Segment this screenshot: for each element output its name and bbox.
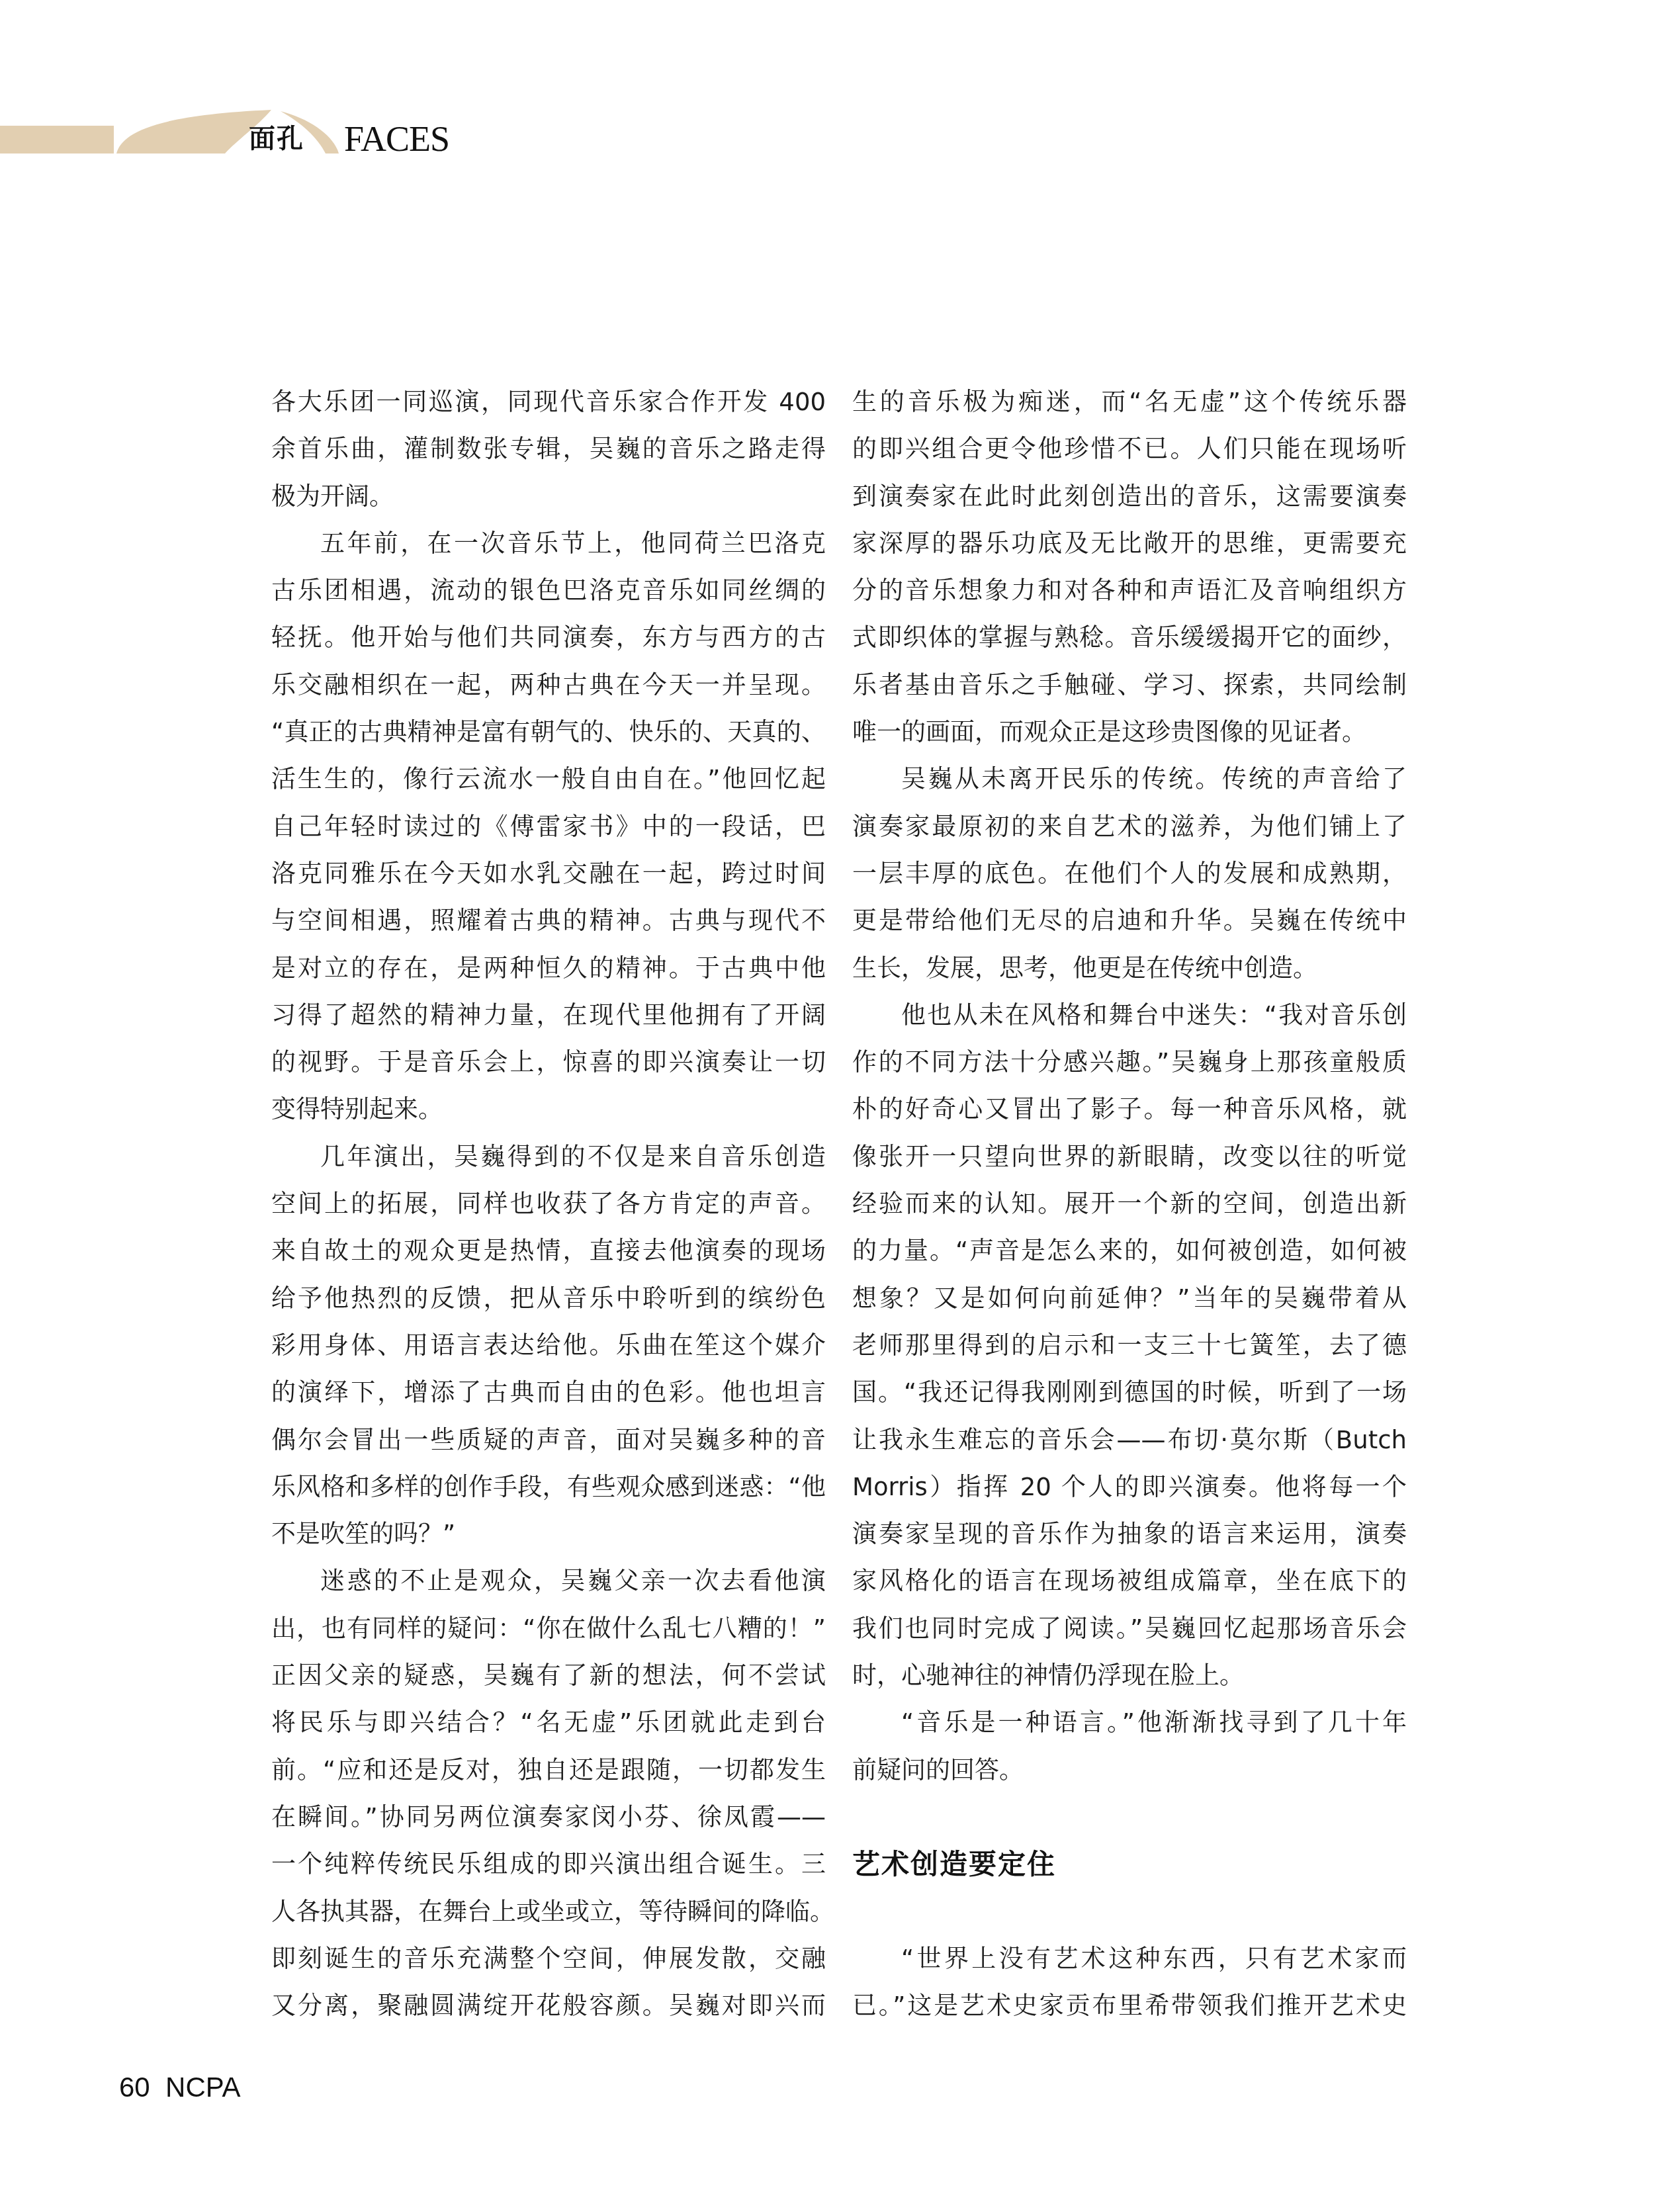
text-line: 彩用身体、用语言表达给他。乐曲在笙这个媒介 [271, 1322, 826, 1369]
text-line: Morris）指挥 20 个人的即兴演奏。他将每一个 [852, 1464, 1407, 1510]
text-line: 将民乐与即兴结合？“名无虚”乐团就此走到台 [271, 1699, 826, 1746]
text-line: 唯一的画面，而观众正是这珍贵图像的见证者。 [852, 709, 1407, 756]
text-line: 又分离，聚融圆满绽开花般容颜。吴巍对即兴而 [271, 1982, 826, 2029]
text-line: 老师那里得到的启示和一支三十七簧笙，去了德 [852, 1322, 1407, 1369]
text-line: 前。“应和还是反对，独自还是跟随，一切都发生 [271, 1747, 826, 1794]
text-line: 出，也有同样的疑问：“你在做什么乱七八糟的！” [271, 1605, 826, 1652]
text-line: 朴的好奇心又冒出了影子。每一种音乐风格，就 [852, 1086, 1407, 1133]
text-line: 极为开阔。 [271, 473, 826, 520]
paragraph-spacer [852, 1888, 1407, 1935]
section-title-chinese: 面孔 [249, 123, 304, 155]
text-line: 即刻诞生的音乐充满整个空间，伸展发散，交融 [271, 1935, 826, 1982]
text-line: 洛克同雅乐在今天如水乳交融在一起，跨过时间 [271, 850, 826, 897]
text-line: 想象？又是如何向前延伸？”当年的吴巍带着从 [852, 1275, 1407, 1322]
text-line: 各大乐团一同巡演，同现代音乐家合作开发 400 [271, 378, 826, 425]
text-line: 的演绎下，增添了古典而自由的色彩。他也坦言 [271, 1369, 826, 1416]
paragraph-start-line: 五年前，在一次音乐节上，他同荷兰巴洛克 [271, 520, 826, 567]
text-line: 在瞬间。”协同另两位演奏家闵小芬、徐凤霞—— [271, 1794, 826, 1841]
text-line: 家深厚的器乐功底及无比敞开的思维，更需要充 [852, 520, 1407, 567]
text-line: 到演奏家在此时此刻创造出的音乐，这需要演奏 [852, 473, 1407, 520]
text-line: 演奏家呈现的音乐作为抽象的语言来运用，演奏 [852, 1510, 1407, 1557]
text-line: 与空间相遇，照耀着古典的精神。古典与现代不 [271, 897, 826, 944]
page-number: 60 [119, 2072, 150, 2103]
text-line: 人各执其器，在舞台上或坐或立，等待瞬间的降临。 [271, 1888, 826, 1935]
article-column-right: 生的音乐极为痴迷，而“名无虚”这个传统乐器 的即兴组合更令他珍惜不已。人们只能在… [852, 378, 1407, 2029]
page-footer: 60 NCPA [119, 2071, 241, 2104]
text-line: 的力量。“声音是怎么来的，如何被创造，如何被 [852, 1227, 1407, 1274]
text-line: 作的不同方法十分感兴趣。”吴巍身上那孩童般质 [852, 1039, 1407, 1086]
text-line: 演奏家最原初的来自艺术的滋养，为他们铺上了 [852, 803, 1407, 850]
text-line: 轻抚。他开始与他们共同演奏，东方与西方的古 [271, 614, 826, 661]
text-line: 分的音乐想象力和对各种和声语汇及音响组织方 [852, 567, 1407, 614]
text-line: 古乐团相遇，流动的银色巴洛克音乐如同丝绸的 [271, 567, 826, 614]
text-line: 乐交融相织在一起，两种古典在今天一并呈现。 [271, 662, 826, 709]
text-line: 偶尔会冒出一些质疑的声音，面对吴巍多种的音 [271, 1417, 826, 1464]
text-line: 时，心驰神往的神情仍浮现在脸上。 [852, 1652, 1407, 1699]
paragraph-start-line: “世界上没有艺术这种东西，只有艺术家而 [852, 1935, 1407, 1982]
text-line: 乐风格和多样的创作手段，有些观众感到迷惑：“他 [271, 1464, 826, 1510]
text-line: 余首乐曲，灌制数张专辑，吴巍的音乐之路走得 [271, 425, 826, 472]
text-line: 的即兴组合更令他珍惜不已。人们只能在现场听 [852, 425, 1407, 472]
text-line: 活生生的，像行云流水一般自由自在。”他回忆起 [271, 756, 826, 803]
text-line: 一层丰厚的底色。在他们个人的发展和成熟期， [852, 850, 1407, 897]
paragraph-start-line: “音乐是一种语言。”他渐渐找寻到了几十年 [852, 1699, 1407, 1746]
text-line: 变得特别起来。 [271, 1086, 826, 1133]
text-line: 正因父亲的疑惑，吴巍有了新的想法，何不尝试 [271, 1652, 826, 1699]
text-line: 习得了超然的精神力量，在现代里他拥有了开阔 [271, 992, 826, 1039]
text-line: 乐者基由音乐之手触碰、学习、探索，共同绘制 [852, 662, 1407, 709]
text-line: 给予他热烈的反馈，把从音乐中聆听到的缤纷色 [271, 1275, 826, 1322]
paragraph-spacer [852, 1794, 1407, 1841]
section-heading: 艺术创造要定住 [852, 1841, 1407, 1888]
text-line: 我们也同时完成了阅读。”吴巍回忆起那场音乐会 [852, 1605, 1407, 1652]
text-line: 自己年轻时读过的《傅雷家书》中的一段话，巴 [271, 803, 826, 850]
text-line: “真正的古典精神是富有朝气的、快乐的、天真的、 [271, 709, 826, 756]
text-line: 前疑问的回答。 [852, 1747, 1407, 1794]
paragraph-start-line: 几年演出，吴巍得到的不仅是来自音乐创造 [271, 1133, 826, 1180]
text-line: 已。”这是艺术史家贡布里希带领我们推开艺术史 [852, 1982, 1407, 2029]
text-line: 不是吹笙的吗？” [271, 1510, 826, 1557]
text-line: 生的音乐极为痴迷，而“名无虚”这个传统乐器 [852, 378, 1407, 425]
text-line: 家风格化的语言在现场被组成篇章，坐在底下的 [852, 1557, 1407, 1604]
text-line: 像张开一只望向世界的新眼睛，改变以往的听觉 [852, 1133, 1407, 1180]
text-line: 更是带给他们无尽的启迪和升华。吴巍在传统中 [852, 897, 1407, 944]
text-line: 式即织体的掌握与熟稔。音乐缓缓揭开它的面纱， [852, 614, 1407, 661]
text-line: 来自故土的观众更是热情，直接去他演奏的现场 [271, 1227, 826, 1274]
paragraph-start-line: 迷惑的不止是观众，吴巍父亲一次去看他演 [271, 1557, 826, 1604]
text-line: 空间上的拓展，同样也收获了各方肯定的声音。 [271, 1180, 826, 1227]
text-line: 是对立的存在，是两种恒久的精神。于古典中他 [271, 945, 826, 992]
text-line: 一个纯粹传统民乐组成的即兴演出组合诞生。三 [271, 1841, 826, 1888]
text-line: 让我永生难忘的音乐会——布切·莫尔斯（Butch [852, 1417, 1407, 1464]
section-title-english: FACES [344, 119, 449, 159]
paragraph-start-line: 他也从未在风格和舞台中迷失：“我对音乐创 [852, 992, 1407, 1039]
text-line: 经验而来的认知。展开一个新的空间，创造出新 [852, 1180, 1407, 1227]
publication-name: NCPA [165, 2072, 241, 2103]
text-line: 国。“我还记得我刚刚到德国的时候，听到了一场 [852, 1369, 1407, 1416]
article-column-left: 各大乐团一同巡演，同现代音乐家合作开发 400 余首乐曲，灌制数张专辑，吴巍的音… [271, 378, 826, 2029]
text-line: 的视野。于是音乐会上，惊喜的即兴演奏让一切 [271, 1039, 826, 1086]
text-line: 生长，发展，思考，他更是在传统中创造。 [852, 945, 1407, 992]
paragraph-start-line: 吴巍从未离开民乐的传统。传统的声音给了 [852, 756, 1407, 803]
